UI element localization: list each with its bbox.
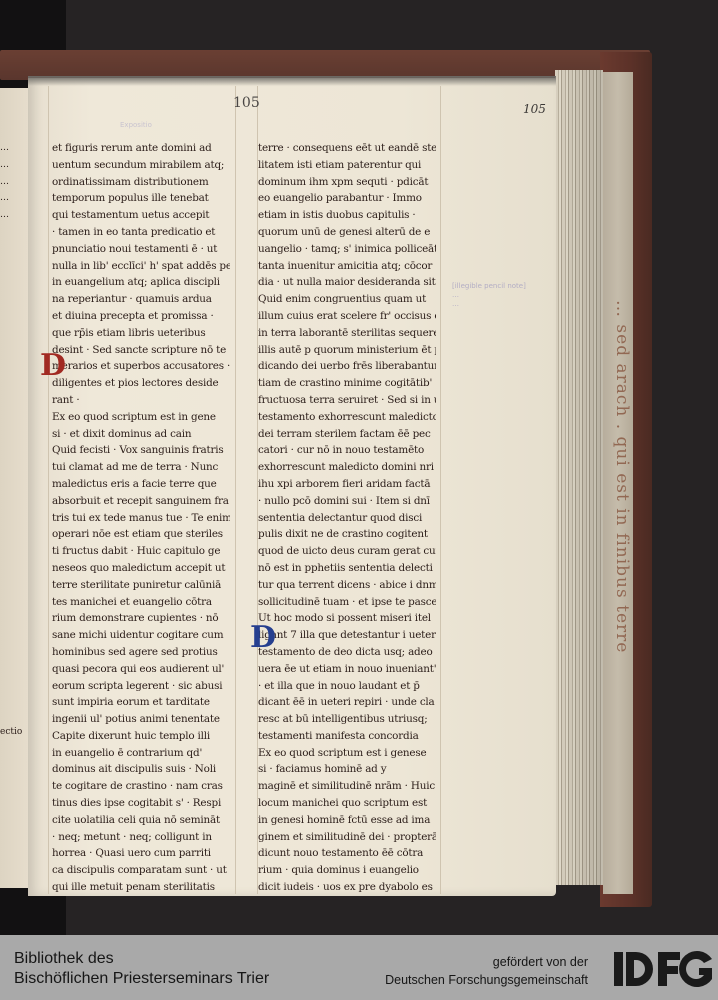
text-line: sententia delectantur quod disci — [258, 510, 436, 527]
text-line: tui clamat ad me de terra · Nunc — [52, 459, 230, 476]
text-line: fructuosa terra seruiret · Sed si in uet… — [258, 392, 436, 409]
funding-line-1: gefördert von der — [385, 953, 588, 971]
text-line: ihu xpi arborem fieri aridam factā — [258, 476, 436, 493]
text-line: · et illa que in nouo laudant et p̄ — [258, 678, 436, 695]
fore-edge-title: … sed arach . qui est in finibus terre — [604, 300, 632, 890]
text-line: sunt impiria eorum et tarditate — [52, 694, 230, 711]
text-line: nulla in lib' ecclīci' h' spat addēs pen… — [52, 258, 230, 275]
institution-line-1: Bibliothek des — [14, 949, 269, 969]
text-line: tanta inuenitur amicitia atq; cōcor — [258, 258, 436, 275]
text-line: tes manichei et euangelio cōtra — [52, 594, 230, 611]
text-column-b: terre · consequens eēt ut eandē sterilit… — [258, 140, 436, 896]
text-line: dicant ēē in ueteri repiri · unde cla — [258, 694, 436, 711]
text-line: dicando dei uerbo frēs liberabantur e — [258, 358, 436, 375]
text-line: rium demonstrare cupientes · nō — [52, 610, 230, 627]
text-line: si · faciamus hominē ad y — [258, 761, 436, 778]
facing-page-text: ……………ectio — [0, 140, 26, 741]
text-line: rant · — [52, 392, 230, 409]
text-line: tris tui ex tede manus tue · Te enim — [52, 510, 230, 527]
text-line: diligentes et pios lectores deside — [52, 375, 230, 392]
text-line: quod de uicto deus curam gerat cur — [258, 543, 436, 560]
text-line: nō est in pphetiis sententia delecti — [258, 560, 436, 577]
text-line: dominum ihm xpm sequti · pdicāt — [258, 174, 436, 191]
side-margin-note: [illegible pencil note] … … — [452, 282, 526, 309]
dfg-logo — [614, 949, 714, 989]
side-note-line: … — [452, 300, 526, 309]
text-line: Ex eo quod scriptum est in gene — [52, 409, 230, 426]
text-line: merarios et superbos accusatores · sed — [52, 358, 230, 375]
text-line: litatem isti etiam paterentur qui — [258, 157, 436, 174]
text-line: dei terram sterilem factam ēē pec — [258, 426, 436, 443]
text-line: quorum unū de genesi alterū de e — [258, 224, 436, 241]
text-line: tinus dies ipse cogitabit s' · Respi — [52, 795, 230, 812]
text-line: eorum scripta legerent · sic abusi — [52, 678, 230, 695]
text-line: illum cuius erat scelere fr' occisus eti… — [258, 308, 436, 325]
side-note-line: [illegible pencil note] — [452, 282, 526, 291]
text-line: terre · consequens eēt ut eandē steri — [258, 140, 436, 157]
text-line: uera ēe ut etiam in nouo inueniant' — [258, 661, 436, 678]
text-line: catori · cur nō in nouo testamēto — [258, 442, 436, 459]
text-line: ginem et similitudinē dei · propterā — [258, 829, 436, 846]
text-line: que rp̄is etiam libris ueteribus — [52, 325, 230, 342]
text-line: testamento exhorrescunt maledicto — [258, 409, 436, 426]
page-stack-shadow — [555, 70, 603, 885]
text-line: cite uolatilia celi quia nō semināt — [52, 812, 230, 829]
side-note-line: … — [452, 291, 526, 300]
text-line: dicit iudeis · uos ex pre dyabolo es — [258, 879, 436, 896]
funding-line-2: Deutschen Forschungsgemeinschaft — [385, 971, 588, 989]
text-line: operari nōe est etiam que steriles — [52, 526, 230, 543]
text-line: · neq; metunt · neq; colligunt in — [52, 829, 230, 846]
facing-page-line: ectio — [0, 724, 26, 741]
text-line: qui ille metuit penam sterilitatis — [52, 879, 230, 896]
text-line: uentum secundum mirabilem atq; — [52, 157, 230, 174]
text-line: resc at bū intelligentibus utriusq; — [258, 711, 436, 728]
text-line: in euangelium atq; aplica discipli — [52, 274, 230, 291]
text-line: et diuina precepta et promissa · — [52, 308, 230, 325]
initial-d-red: D — [40, 348, 66, 383]
facing-page-line: … — [0, 157, 26, 174]
text-line: · nullo pcō domini sui · Item si dnī — [258, 493, 436, 510]
ruling-line — [235, 86, 236, 894]
text-line: pnunciatio noui testamenti ē · ut — [52, 241, 230, 258]
text-line: tur qua terrent dicens · abice i dnm — [258, 577, 436, 594]
text-line: Ut hoc modo si possent miseri itel — [258, 610, 436, 627]
text-line: hominibus sed agere sed protius — [52, 644, 230, 661]
text-line: tiam de crastino minime cogitātib' — [258, 375, 436, 392]
page-top-shadow — [28, 76, 556, 86]
text-line: neseos quo maledictum accepit ut — [52, 560, 230, 577]
text-line: na reperiantur · quamuis ardua — [52, 291, 230, 308]
top-margin-note: Expositio — [120, 121, 152, 130]
ruling-line — [440, 86, 441, 894]
text-line: absorbuit et recepit sanguinem fra — [52, 493, 230, 510]
text-line: dia · ut nulla maior desideranda sit — [258, 274, 436, 291]
text-line: eo euangelio parabantur · Immo — [258, 190, 436, 207]
text-line: maledictus eris a facie terre que — [52, 476, 230, 493]
facing-page-line: … — [0, 140, 26, 157]
text-column-a: et figuris rerum ante domini aduentum se… — [52, 140, 230, 896]
text-line: locum manichei quo scriptum est — [258, 795, 436, 812]
facing-page-line: … — [0, 174, 26, 191]
institution-line-2: Bischöflichen Priesterseminars Trier — [14, 969, 269, 989]
text-line: etiam in istis duobus capitulis · — [258, 207, 436, 224]
text-line: dicunt nouo testamento ēē cōtra — [258, 845, 436, 862]
text-line: Quid fecisti · Vox sanguinis fratris — [52, 442, 230, 459]
text-line: Ex eo quod scriptum est i genese — [258, 745, 436, 762]
text-line: si · et dixit dominus ad cain — [52, 426, 230, 443]
text-line: et figuris rerum ante domini ad — [52, 140, 230, 157]
institution-name: Bibliothek des Bischöflichen Priestersem… — [14, 949, 269, 989]
folio-number-ink: 105 — [523, 102, 546, 116]
text-line: · tamen in eo tanta predicatio et — [52, 224, 230, 241]
text-line: illis autē p quorum ministerium ēt p̄ — [258, 342, 436, 359]
text-line: in genesi hominē fctū esse ad ima — [258, 812, 436, 829]
footer-bar: Bibliothek des Bischöflichen Priestersem… — [0, 935, 718, 1000]
text-line: terre sterilitate puniretur calūniā — [52, 577, 230, 594]
text-line: ordinatissimam distributionem — [52, 174, 230, 191]
text-line: ligant 7 illa que detestantur i ueteri — [258, 627, 436, 644]
text-line: testamento de deo dicta usq; adeo — [258, 644, 436, 661]
ruling-line — [48, 86, 49, 894]
text-line: quasi pecora qui eos audierent ul' — [52, 661, 230, 678]
text-line: dominus ait discipulis suis · Noli — [52, 761, 230, 778]
text-line: in euangelio ē contrarium qd' — [52, 745, 230, 762]
text-line: ca discipulis comparatam sunt · ut — [52, 862, 230, 879]
funding-credit: gefördert von der Deutschen Forschungsge… — [385, 953, 588, 989]
text-line: in terra laborantē sterilitas sequeret' … — [258, 325, 436, 342]
text-line: uangelio · tamq; s' inimica polliceāt — [258, 241, 436, 258]
text-line: rium · quia dominus i euangelio — [258, 862, 436, 879]
folio-number-pencil: 105 — [233, 95, 260, 111]
text-line: sollicitudinē tuam · et ipse te pascet — [258, 594, 436, 611]
text-line: horrea · Quasi uero cum parriti — [52, 845, 230, 862]
text-line: temporum populus ille tenebat — [52, 190, 230, 207]
text-line: qui testamentum uetus accepit — [52, 207, 230, 224]
initial-d-blue: D — [250, 620, 276, 655]
text-line: maginē et similitudinē nrām · Huic — [258, 778, 436, 795]
text-line: pulis dixit ne de crastino cogitent — [258, 526, 436, 543]
text-line: Quid enim congruentius quam ut — [258, 291, 436, 308]
text-line: ingenii ul' potius animi tenentate — [52, 711, 230, 728]
text-line: ti fructus dabit · Huic capitulo ge — [52, 543, 230, 560]
text-line: testamenti manifesta concordia — [258, 728, 436, 745]
text-line: sane michi uidentur cogitare cum — [52, 627, 230, 644]
facing-page-line: … — [0, 190, 26, 207]
text-line: desint · Sed sancte scripture nō te — [52, 342, 230, 359]
facing-page-line: … — [0, 207, 26, 224]
text-line: exhorrescunt maledicto domini nri — [258, 459, 436, 476]
text-line: te cogitare de crastino · nam cras — [52, 778, 230, 795]
text-line: Capite dixerunt huic templo illi — [52, 728, 230, 745]
